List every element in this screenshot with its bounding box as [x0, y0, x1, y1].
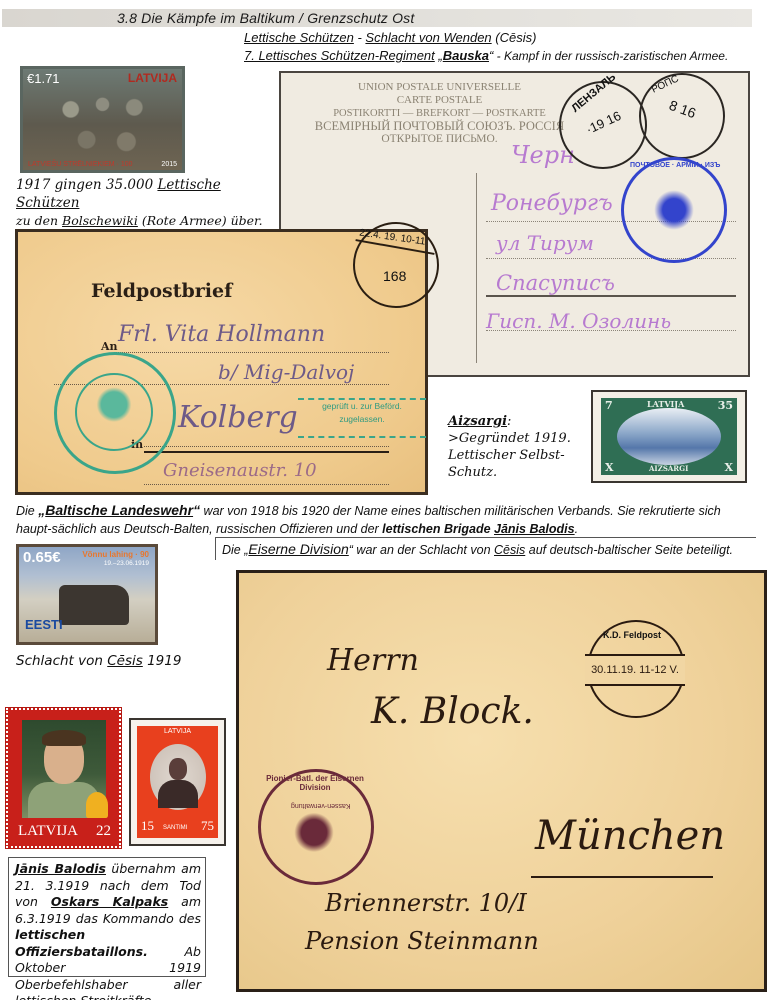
caption-text: zu den — [16, 213, 62, 228]
address-line — [486, 258, 736, 259]
aizsargi-text: >Gegründet 1919. Lettischer Selbst-Schut… — [448, 431, 571, 480]
face — [169, 758, 187, 780]
landeswehr-paragraph: Die „Baltische Landeswehr“ war von 1918 … — [16, 501, 756, 538]
stamp-currency: SANTIMI — [163, 825, 187, 831]
link-aizsargi: Aizsargi — [448, 414, 507, 429]
quote-open: „ — [435, 48, 443, 63]
stamp-eesti-cesis: 0.65€ Võnnu lahing · 90 19.–23.06.1919 E… — [16, 544, 158, 645]
text: Die „ — [222, 543, 248, 557]
handwriting: b/ Mig-Dalvoj — [218, 360, 354, 384]
cancel-top-text: K.D. Feldpost — [603, 630, 661, 640]
quote-close: “ — [193, 502, 200, 518]
handwriting: Gneisenaustr. 10 — [163, 460, 317, 481]
stamp-value-right: 35 — [718, 399, 733, 412]
skull-icon — [75, 373, 153, 451]
postmark-date: 8 16 — [667, 97, 698, 121]
uniform — [158, 780, 198, 808]
stamp-frame: LATVIJA 15 SANTIMI 75 — [137, 726, 218, 838]
bold-text: lettischen Offiziersbataillons. — [15, 927, 148, 959]
postcard-divider — [476, 173, 477, 363]
text: auf deutsch-baltischer Seite beteiligt. — [525, 543, 733, 557]
stamp-country: LATVIJA — [647, 399, 684, 409]
link-eiserne-division: Eiserne Division — [248, 541, 348, 557]
stamp-label: AIZSARGI — [649, 464, 688, 473]
address-line — [144, 446, 389, 447]
pioneer-battalion-seal: Pionier-Batl. der Eisernen Division Kass… — [258, 769, 374, 885]
handwriting: Frl. Vita Hollmann — [118, 322, 325, 347]
aizsargi-description: Aizsargi: >Gegründet 1919. Lettischer Se… — [448, 413, 588, 481]
handwriting: Спасуписъ — [496, 271, 615, 295]
page-title: 3.8 Die Kämpfe im Baltikum / Grenzschutz… — [117, 9, 414, 27]
stamp-value-right: 75 — [201, 818, 214, 834]
link-cesis: Cēsis — [107, 653, 143, 669]
censor-text: zugelassen. — [298, 413, 426, 426]
handwriting: Ронебургъ — [491, 191, 613, 216]
text: “ war an der Schlacht von — [349, 543, 494, 557]
stamp-oskars-kalpaks: LATVIJA 22 — [6, 708, 121, 848]
stamp-latvian-riflemen: €1.71 LATVIJA LATVIEŠU STRĒLNIEKIEM · 10… — [20, 66, 185, 173]
stamp-value: 0.65€ — [23, 549, 61, 566]
postmark-date: ·19 16 — [584, 108, 624, 137]
address-line — [144, 484, 389, 485]
soldier-vignette — [617, 408, 721, 465]
hair — [42, 730, 86, 746]
armored-car-icon — [59, 585, 129, 625]
link-baltische-landeswehr: Baltische Landeswehr — [45, 502, 193, 518]
stamp-frame: 7 35 LATVIJA X X AIZSARGI — [601, 398, 737, 475]
censor-text: geprüft u. zur Beförd. — [298, 400, 426, 413]
text: Schlacht von — [16, 653, 107, 669]
stamp-country: EESTI — [25, 617, 63, 632]
stamp-country: LATVIJA — [18, 823, 78, 840]
stamp-dates: 19.–23.06.1919 — [104, 560, 149, 567]
handwriting-herrn: Herrn — [327, 643, 419, 678]
stamp-country: LATVIJA — [128, 71, 177, 85]
stamp-value: €1.71 — [27, 71, 60, 86]
text: . — [575, 522, 578, 536]
stamp-corner: X — [724, 461, 733, 474]
postmark-place: РОПС — [650, 73, 681, 95]
text: 1919 — [143, 653, 182, 669]
text: Die — [16, 504, 38, 518]
subtitle-cesis: (Cēsis) — [492, 30, 537, 45]
postmark-place: ЛЕНЗАЛЬ — [569, 71, 618, 115]
address-underline — [144, 451, 389, 453]
feldpost-cancel: 22.4. 19. 10-11 168 — [353, 222, 439, 308]
eagle-icon — [277, 788, 351, 862]
eiserne-division-text: Die „Eiserne Division“ war an der Schlac… — [222, 541, 733, 558]
handwriting-name: K. Block. — [371, 691, 534, 732]
colon: : — [507, 414, 511, 429]
stamp-value: 22 — [96, 823, 111, 840]
link-oskars-kalpaks: Oskars Kalpaks — [51, 894, 168, 909]
handwriting-city: München — [535, 813, 725, 859]
eiserne-division-cover: K.D. Feldpost 30.11.19. 11-12 V. Herrn K… — [236, 570, 767, 992]
censor-box: geprüft u. zur Beförd. zugelassen. — [298, 398, 426, 438]
portrait-kalpaks — [22, 720, 106, 818]
caption-1917: 1917 gingen 35.000 Lettische Schützen zu… — [16, 176, 266, 230]
caption-cesis: Schlacht von Cēsis 1919 — [16, 653, 181, 669]
caption-text: gingen 35.000 — [50, 177, 157, 193]
subtitle-separator: - — [354, 30, 366, 45]
postcard-line: CARTE POSTALE — [281, 94, 598, 107]
stamp-year: 2015 — [161, 161, 177, 168]
cancel-number: 168 — [383, 268, 406, 284]
link-janis-balodis: Jānis Balodis — [494, 522, 575, 536]
stamp-value-left: 7 — [605, 399, 613, 412]
stamp-title: Võnnu lahing · 90 — [82, 550, 149, 559]
stamp-janis-balodis: LATVIJA 15 SANTIMI 75 — [129, 718, 226, 846]
subtitle-description: - Kampf in der russisch-zaristischen Arm… — [493, 49, 728, 63]
postcard-line: UNION POSTALE UNIVERSELLE — [281, 81, 598, 94]
postmark-1: ·19 16 ЛЕНЗАЛЬ — [559, 81, 647, 169]
stamp-corner: X — [605, 461, 614, 474]
stamp-aizsargi: 7 35 LATVIJA X X AIZSARGI — [591, 390, 747, 483]
subtitle-link-lettische-schuetzen: Lettische Schützen — [244, 30, 354, 45]
portrait-balodis — [150, 744, 206, 810]
subtitle-regiment: 7. Lettisches Schützen-Regiment — [244, 48, 435, 63]
handwriting-pension: Pension Steinmann — [305, 927, 539, 955]
postcard-line: ВСЕМІРНЫЙ ПОЧТОВЫЙ СОЮЗЪ. РОССІЯ — [281, 120, 598, 133]
feldpostbrief-title: Feldpostbrief — [91, 280, 232, 302]
feldpost-cancel: K.D. Feldpost 30.11.19. 11-12 V. — [587, 620, 685, 718]
bold-text: lettischen Brigade — [382, 522, 494, 536]
address-line — [486, 295, 736, 297]
stamp-caption: LATVIEŠU STRĒLNIEKIEM · 100 — [28, 161, 133, 168]
badge-icon — [86, 792, 108, 818]
stamp-country: LATVIJA — [137, 728, 218, 735]
address-line — [114, 352, 389, 353]
subtitle-1: Lettische Schützen - Schlacht von Wenden… — [244, 30, 536, 46]
subtitle-bauska: Bauska — [443, 48, 489, 63]
link-cesis: Cēsis — [494, 543, 525, 557]
blue-army-seal: ПОЧТОВОЕ · АРМІИ · ИЗЪ — [621, 157, 727, 263]
eagle-icon — [654, 190, 694, 230]
handwriting: Гисп. М. Озолинь — [486, 309, 671, 333]
subtitle-2: 7. Lettisches Schützen-Regiment „Bauska“… — [244, 48, 728, 64]
cancel-date: 30.11.19. 11-12 V. — [585, 654, 685, 686]
handwriting-street: Briennerstr. 10/I — [325, 889, 527, 917]
postmark-2: 8 16 РОПС — [639, 73, 725, 159]
handwriting: ул Тирум — [496, 231, 594, 255]
balodis-info-box: Jānis Balodis übernahm am 21. 3.1919 nac… — [8, 857, 206, 977]
caption-year: 1917 — [16, 177, 50, 193]
city-underline — [531, 876, 713, 878]
link-janis-balodis: Jānis Balodis — [15, 861, 106, 876]
handwriting: Kolberg — [178, 400, 298, 435]
green-unit-seal — [54, 352, 176, 474]
seal-text: ПОЧТОВОЕ · АРМІИ · ИЗЪ — [630, 162, 720, 169]
stamp-value-left: 15 — [141, 818, 154, 834]
link-bolschewiki: Bolschewiki — [62, 213, 138, 228]
feldpostbrief-cover: Feldpostbrief An in Frl. Vita Hollmann b… — [15, 229, 428, 495]
subtitle-link-schlacht-wenden: Schlacht von Wenden — [365, 30, 491, 45]
caption-text: (Rote Armee) über. — [138, 213, 263, 228]
